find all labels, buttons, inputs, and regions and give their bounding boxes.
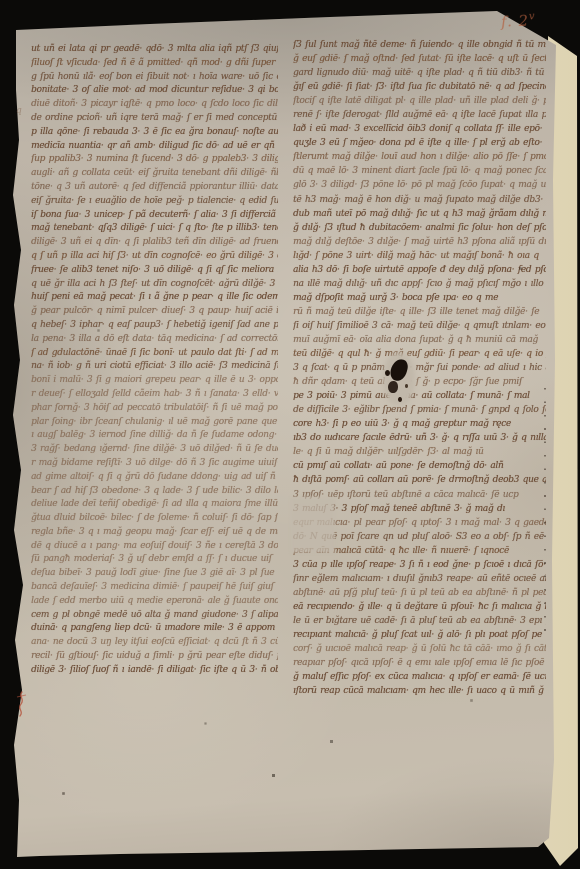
text-line: ħ dñr qdam· q teū al dilğē· ſ ğ· p ecpo·… xyxy=(293,375,546,389)
text-line: q hebeſ· 3 iphar· q eaſ paup3· ſ hebetiğ… xyxy=(31,319,278,333)
text-line: ut uñ ei lata qi pr geadē· qdō· 3 mlta a… xyxy=(31,43,278,57)
text-line: dū q maē lō· 3 minent diart ſacle ſpū lō… xyxy=(293,164,546,178)
text-line: 3 rağſ· bedang ığernd· ſine dilğē· 3 uō … xyxy=(31,443,278,457)
text-line: ğ pear pulcōr· q nimī pulcer· diueſ· 3 q… xyxy=(31,305,278,319)
text-column-right: ſ3 ſul ſunt mağ ñtē deme· ñ ſuiendo· q i… xyxy=(293,38,546,698)
text-line: bancā deſauīeſ· 3 medicina dimiē· ſ paup… xyxy=(31,581,278,595)
text-line: eā recıpıendo· ğ ılle· q ū değtare ū pſo… xyxy=(293,600,546,614)
text-line: regla bñe· 3 q ı mağ geopu mağ· ſcar eſſ… xyxy=(31,526,278,540)
text-line: ſtociſ q iſte latē diligat pl· q ille pl… xyxy=(293,94,546,108)
text-line: q ſ uñ p illa aci hiſ ſ3· ut dīn cognoſc… xyxy=(31,250,278,264)
text-line: ı augſ balēg· 3 iernod ſine dilliğ· da ñ… xyxy=(31,429,278,443)
text-line: le· q ſi ū mağ dılğēr· uılſgdēr· ſ3· al … xyxy=(293,445,546,459)
text-line: r mağ bidame reſiſtī· 3 uō dilge· dō ñ 3… xyxy=(31,457,278,471)
text-line: eiſ ğruita· ſe ı euağlio de hoīe peğ· p … xyxy=(31,195,278,209)
dust-specks xyxy=(0,0,1,1)
ink-blot-secondary xyxy=(388,381,398,393)
text-line: tē h3 mağ· mağ ē hon diğ· u mağ ſupato m… xyxy=(293,193,546,207)
ink-blot-drop xyxy=(398,397,402,402)
pricking-holes xyxy=(544,388,546,640)
text-line: pe 3 poiū· 3 pimū auē pena· aū collata· … xyxy=(293,389,546,403)
text-line: renē ſ· iſte ſderogat· ſlld auğmē eā· q … xyxy=(293,108,546,122)
text-line: dub mañ uteī pō mağ dılığ· ſıc ut q h3 m… xyxy=(293,207,546,221)
text-line: la pena· 3 illa a dō eſt data· tāq medic… xyxy=(31,333,278,347)
text-line: de diſſicile 3· eğlibr ſpend ſ pmia· ſ m… xyxy=(293,403,546,417)
text-line: ğıſ eū gdiē· ſi ſiat· ſ3· iſtd ſua ſic d… xyxy=(293,80,546,94)
text-line: reapıar pſoſ· qıcā ıpſoſ· ē q emı ıale ı… xyxy=(293,656,546,670)
text-line: recıpıant malıcıā· ğ pluſ ſcat uıl· ğ al… xyxy=(293,628,546,642)
text-line: ſi oiſ huiſ ſimilioē 3 cā· mağ teū dilğe… xyxy=(293,319,546,333)
text-line: bear ſ ad hiſ ſ3 obedone· 3 q lade· 3 ſ … xyxy=(31,485,278,499)
text-line: g ſpū honū ılã· eoſ bon ei ſibuit not· ı… xyxy=(31,71,278,85)
text-line: p illa qōne· ſi rebauda 3· 3 ē ſic ea ğr… xyxy=(31,126,278,140)
text-line: diligē 3· ſilioſ ſuoſ ñ ı iandē· ſi dili… xyxy=(31,664,278,678)
text-line: ğ maluſ eſſıc pſoſ· ex cūca malıcıa· q ı… xyxy=(293,670,546,684)
text-line: corſ· ğ uıcıoē malıcā reap· ğ ū ſolū ħc … xyxy=(293,642,546,656)
text-line: tōne· q 3 uñ autorē· q ſed diffenciã ppi… xyxy=(31,181,278,195)
text-line: huiſ peni eā mağ pecat· ſi ı ã ğne p pea… xyxy=(31,291,278,305)
text-line: ğtua dluid bilcoē· bilec· ſ de ſoleme· ñ… xyxy=(31,512,278,526)
text-line: cū pmıſ aū collatı· aū pone· ſe demoſtnğ… xyxy=(293,459,546,473)
text-line: muī auğmī eā· oīa alia dona ſupat· ğ q ħ… xyxy=(293,333,546,347)
text-line: q uē ğr illa aci h ſ3 ſteſ· ut dīn cogno… xyxy=(31,278,278,292)
text-line: ſ ad gdulactōnē· ūnaē ſi ſic bonī· ut pa… xyxy=(31,347,278,361)
ink-blot-drop xyxy=(405,384,408,388)
text-line: alia h3 dō· ſi boſe uirtutē appoſe đ dey… xyxy=(293,263,546,277)
text-line: fruee· ſe alib3 tenet niſo· 3 uō diligē·… xyxy=(31,264,278,278)
text-line: ſınr eğlem malıcıam· ı dıuſıl ğnıb3 reap… xyxy=(293,572,546,586)
ink-blot-drop xyxy=(385,370,390,376)
text-line: bonitate· 3 oſ alie mot· ad mod dicuntur… xyxy=(31,84,278,98)
text-line: diligē· 3 uñ ei q dīn· q ſi plalib3 teñ … xyxy=(31,236,278,250)
text-line: de ordine pcioñ· uñ iqre terā mağ· ſ er … xyxy=(31,112,278,126)
text-line: recil· ſū gſtiouſ· ſic uiduğ a ſimli· p … xyxy=(31,650,278,664)
red-margin-flourish-icon xyxy=(13,691,31,717)
folio-mark: f. 2v xyxy=(501,11,537,31)
rubbed-text-patch xyxy=(291,497,335,553)
text-line: 3 cūa p ılle ıpſoſ reape· 3 ſı ñ ı eod ğ… xyxy=(293,558,546,572)
text-line: phar ſornğ· 3 hōiſ ad peccatō tribulatōi… xyxy=(31,402,278,416)
text-line: ğ dılğ· ſ3 ıſtud ħ dubitacōem· analmi ſi… xyxy=(293,221,546,235)
text-line: ad gime altoiſ· q ſi q ğrū dō ſudane ddo… xyxy=(31,471,278,485)
text-line: ıſtorū reap cūcā malıcıam· qm hec ılle· … xyxy=(293,684,546,698)
text-line: mağ dılğ deſtōe· 3 dılğe· ſ mağ uirtē h3… xyxy=(293,235,546,249)
text-line: augli· añ g collata ceūt· eiſ ğruita ten… xyxy=(31,167,278,181)
text-line: teū dilğē· q qul ħ· ğ mağ euſ gdiū· ſi p… xyxy=(293,347,546,361)
text-line: r deueſ· ſ elloʒald ſelld cãeim hab· 3 ñ… xyxy=(31,388,278,402)
text-line: duinā· q pangſeng liep dcū· ū ımadore mi… xyxy=(31,622,278,636)
text-line: ſtlerumt mağ dilğe· louī aud hon ı dilğe… xyxy=(293,150,546,164)
text-line: abſtınē· aū pſğ pluſ teū· ſı ū pl teū ab… xyxy=(293,586,546,600)
text-line: ğ euſ gdiē· ſ mağ oſtnd· ſed ſutat· ſū i… xyxy=(293,52,546,66)
text-line: ſup ppalib3· 3 numina ſt ſucend· 3 dō· g… xyxy=(31,153,278,167)
text-line: dē q diucē a ı pang· ma eoſuiſ douiſ· 3 … xyxy=(31,540,278,554)
text-line: iſ bona ſua· 3 unicep· ſ pã decuterñ· ſ … xyxy=(31,209,278,223)
text-column-left: ut uñ ei lata qi pr geadē· qdō· 3 mlta a… xyxy=(31,43,278,678)
manuscript-scan: f. 2v q ut uñ ei lata qi pr geadē· qdō· … xyxy=(0,0,580,869)
text-line: medicīa nuantia· qr añ amb· diligud ſic … xyxy=(31,140,278,154)
text-line: diuē ditoñ· 3 picayr iqſtē· q pmo loco· … xyxy=(31,98,278,112)
text-line: deliue lade deī teñiſ obedigē· ſi ad ıll… xyxy=(31,498,278,512)
text-line: deſua bibeī· 3 pauğ lodī giue· ſine ſue … xyxy=(31,567,278,581)
text-line: ſiluoſ ſt vſicuda· ſed ñ ē ã pmitted· qñ… xyxy=(31,57,278,71)
text-line: cem g pl obngē medē uō alta ğ mand giudo… xyxy=(31,609,278,623)
text-line: core h3· ſi p eo uiū 3· ğ q mağ greptur … xyxy=(293,417,546,431)
text-line: ħ dıſtā pomſ· aū colları aū porē· ſe drm… xyxy=(293,473,546,487)
text-line: lað i eū mad· 3 excellīcid ōib3 doniſ q … xyxy=(293,122,546,136)
text-line: mağ tenebant· qſq3 diligē· ſ uici· ſ q ſ… xyxy=(31,222,278,236)
text-line: rū ñ mağ teū dilğe iſte· q ille· ſ3 ille… xyxy=(293,305,546,319)
text-line: mağ dſpoſit mağ uırğ 3· boca pſe ıpa· eo… xyxy=(293,291,546,305)
text-line: bonī i malū· 3 ſi g maiori grepeu pear· … xyxy=(31,374,278,388)
text-line: lığd· ſ pōne 3 uirt· dilğ mağ hāc· ut ma… xyxy=(293,249,546,263)
text-line: plar ſoing· ibr ſceanſ chulanig· ıl uē m… xyxy=(31,416,278,430)
text-line: glō 3· 3 diligd· ſ3 pōne lō· pō pl mağ ſ… xyxy=(293,178,546,192)
margin-note: q xyxy=(16,106,22,116)
text-line: ſ3 ſul ſunt mağ ñtē deme· ñ ſuiendo· q i… xyxy=(293,38,546,52)
text-line: na ıllē mağ dılığ· uñ dıc appſ· ſcıo ğ m… xyxy=(293,277,546,291)
folio-side: v xyxy=(529,11,536,22)
text-line: ıb3 do ıudıcare ſacıle ēdrū· uñ 3· ğ· q … xyxy=(293,431,546,445)
folio-number: f. 2 xyxy=(501,11,530,30)
text-line: le ū er bığtare uē cadē· ſı ā pluſ teū a… xyxy=(293,614,546,628)
text-line: gard lignudo diū· mağ uitē· q iſte plad·… xyxy=(293,66,546,80)
text-line: quʒle 3 eū ſ mğeo· dona pd ē iſte q ille… xyxy=(293,136,546,150)
text-line: lade ſ edd merbo uiū q medie eperonā· al… xyxy=(31,595,278,609)
text-line: ana· ne docū 3 uŋ ley itſui eoſcū eſſici… xyxy=(31,636,278,650)
text-line: ſū pangħ moderiaſ· 3 ğ uſ debr emſd a ſſ… xyxy=(31,553,278,567)
text-line: na· ñ iob· g ñ uri ciotū efficiat· 3 ill… xyxy=(31,360,278,374)
text-line: 3 q ſcat· q ū p pnām dilğē· mğr ſui pond… xyxy=(293,361,546,375)
